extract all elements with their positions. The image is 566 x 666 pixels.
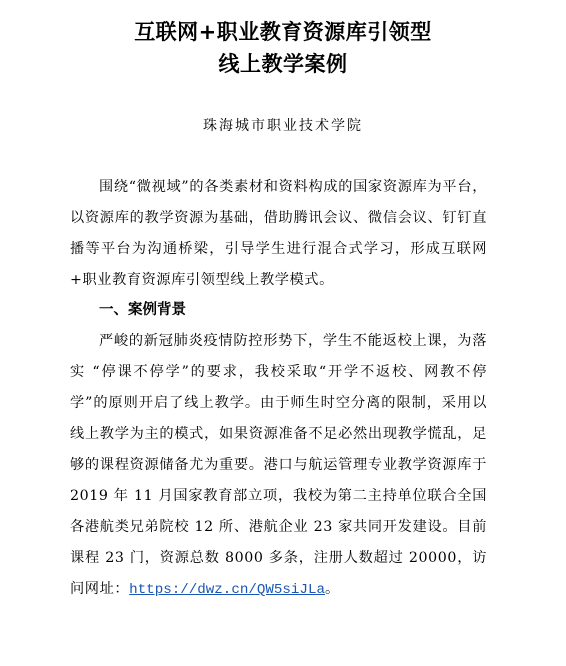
- trailing-period: 。: [325, 581, 340, 597]
- intro-paragraph: 围绕“微视域”的各类素材和资料构成的国家资源库为平台，以资源库的教学资源为基础，…: [70, 172, 487, 296]
- document-title-line1: 互联网+职业教育资源库引领型: [0, 16, 566, 46]
- background-paragraph: 严峻的新冠肺炎疫情防控形势下，学生不能返校上课，为落实 “停课不停学”的要求，我…: [70, 326, 487, 606]
- author-institution: 珠海城市职业技术学院: [0, 115, 566, 135]
- resource-url-link[interactable]: https://dwz.cn/QW5siJLa: [129, 582, 325, 598]
- section-heading-background: 一、案例背景: [99, 295, 186, 326]
- document-title-line2: 线上教学案例: [0, 48, 566, 78]
- document-page: 互联网+职业教育资源库引领型 线上教学案例 珠海城市职业技术学院 围绕“微视域”…: [0, 0, 566, 666]
- background-paragraph-text: 严峻的新冠肺炎疫情防控形势下，学生不能返校上课，为落实 “停课不停学”的要求，我…: [70, 333, 487, 597]
